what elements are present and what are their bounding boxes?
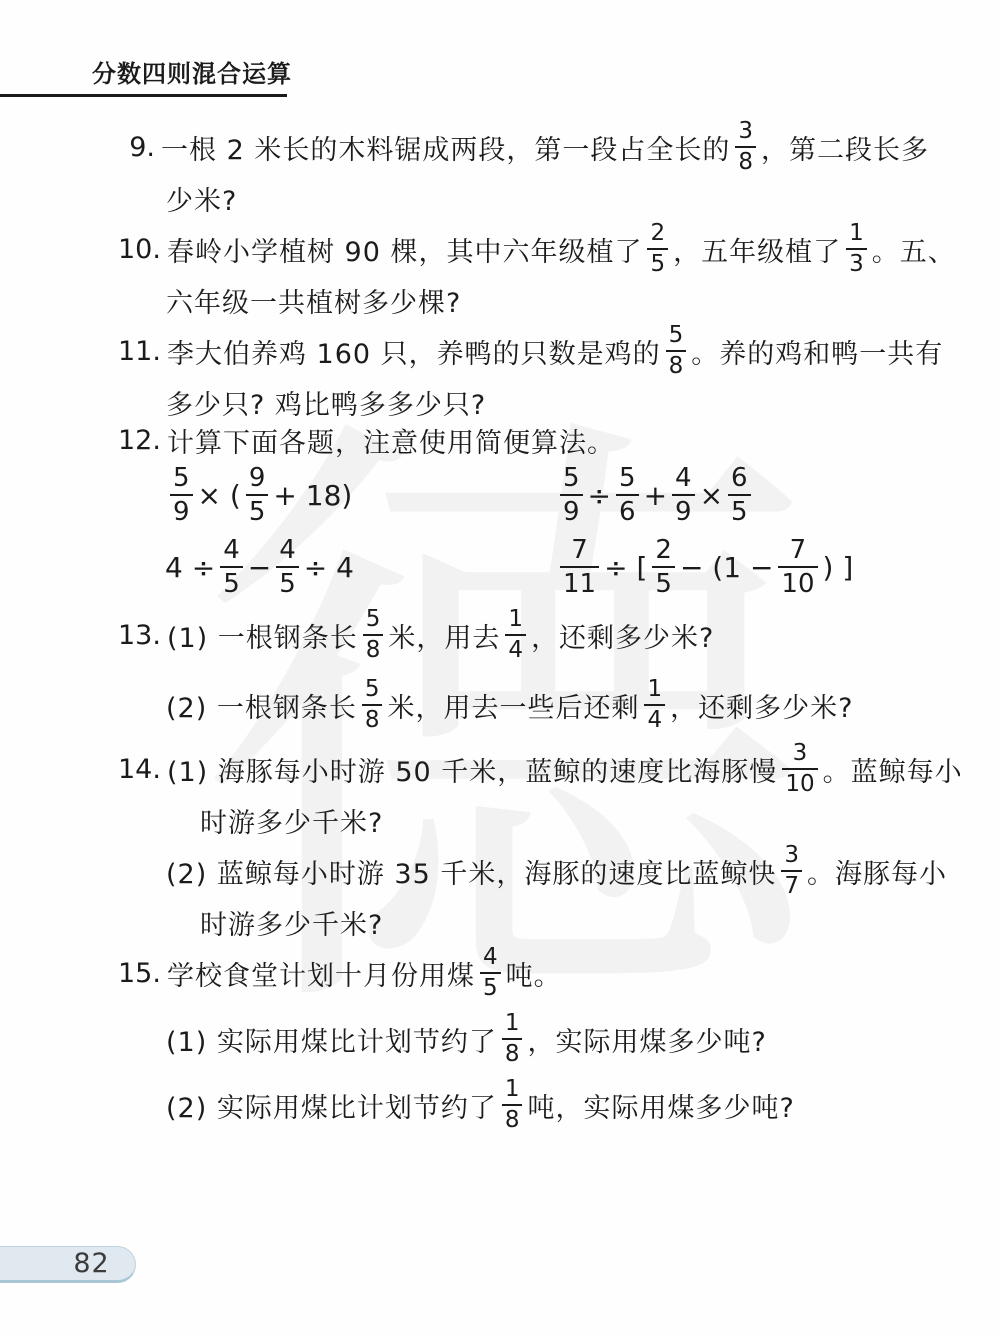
problem-13-number: 13. [118, 620, 161, 651]
fraction-denominator: 8 [363, 636, 384, 662]
text-run: 吨。 [506, 954, 562, 993]
fraction-denominator: 5 [220, 568, 243, 597]
expression-b: 59 ÷ 56 + 49 × 65 [555, 465, 756, 525]
fraction-numerator: 5 [616, 465, 639, 494]
text-run: ÷ [ [604, 551, 647, 584]
problem-15-part-1: (1) 实际用煤比计划节约了18，实际用煤多少吨? [166, 1012, 767, 1066]
fraction: 58 [666, 324, 687, 378]
text-run: ，第二段长多 [761, 128, 929, 167]
fraction-denominator: 10 [778, 568, 817, 597]
page-header: 分数四则混合运算 [0, 0, 1000, 97]
fraction: 25 [647, 222, 668, 276]
fraction-denominator: 5 [276, 568, 299, 597]
fraction: 38 [735, 120, 756, 174]
fraction-numerator: 9 [246, 465, 269, 494]
problem-15: 15. 学校食堂计划十月份用煤45吨。 (1) 实际用煤比计划节约了18，实际用… [0, 941, 1000, 1137]
problem-14-part-2-cont: 时游多少千米? [200, 903, 383, 942]
text-run: ÷ 4 [304, 551, 354, 584]
fraction: 14 [644, 678, 665, 732]
problem-10-line-1: 10. 春岭小学植树 90 棵，其中六年级植了25，五年级植了13。五、 [0, 217, 1000, 281]
fraction-numerator: 1 [502, 1012, 523, 1038]
problem-9-text-1: 一根 2 米长的木料锯成两段，第一段占全长的38，第二段长多 [161, 120, 929, 174]
problem-13: 13. (1) 一根钢条长58米，用去14，还剩多少米? (2) 一根钢条长58… [0, 603, 1000, 737]
problem-12-intro-text: 计算下面各题，注意使用简便算法。 [167, 421, 615, 460]
fraction-denominator: 5 [647, 250, 668, 276]
fraction-numerator: 4 [276, 537, 299, 566]
fraction-numerator: 7 [787, 537, 810, 566]
problem-15-part-2: (2) 实际用煤比计划节约了18吨，实际用煤多少吨? [166, 1078, 795, 1132]
fraction-numerator: 1 [644, 678, 665, 704]
problem-14-part-1: (1) 海豚每小时游 50 千米，蓝鲸的速度比海豚慢310。蓝鲸每小 [167, 742, 963, 796]
problem-14-part-1-cont: 时游多少千米? [200, 801, 383, 840]
problem-11-number: 11. [118, 336, 161, 367]
fraction-numerator: 5 [666, 324, 687, 350]
fraction-numerator: 5 [362, 678, 383, 704]
text-run: 六年级一共植树多少棵? [166, 281, 461, 320]
fraction-numerator: 2 [647, 222, 668, 248]
expression-c: 4 ÷ 45 − 45 ÷ 4 [165, 537, 555, 597]
fraction-denominator: 8 [362, 706, 383, 732]
fraction-denominator: 4 [644, 706, 665, 732]
text-run: ，五年级植了 [673, 230, 841, 269]
problem-15-line-1: 15. 学校食堂计划十月份用煤45吨。 [0, 941, 1000, 1005]
fraction-denominator: 5 [246, 496, 269, 525]
problem-14-line-4: 时游多少千米? [0, 903, 1000, 941]
fraction-denominator: 7 [781, 872, 802, 898]
fraction: 45 [220, 537, 243, 597]
fraction-denominator: 11 [560, 568, 599, 597]
problem-14-line-1: 14. (1) 海豚每小时游 50 千米，蓝鲸的速度比海豚慢310。蓝鲸每小 [0, 737, 1000, 801]
fraction-numerator: 5 [560, 465, 583, 494]
fraction-numerator: 1 [502, 1078, 523, 1104]
fraction: 710 [778, 537, 817, 597]
text-run: 春岭小学植树 90 棵，其中六年级植了 [167, 230, 643, 269]
text-run: ÷ [588, 479, 611, 512]
fraction-denominator: 10 [782, 770, 817, 796]
text-run: (2) 实际用煤比计划节约了 [166, 1086, 497, 1125]
fraction-numerator: 2 [652, 537, 675, 566]
text-run: 。五、 [872, 230, 956, 269]
problem-10-line-2: 六年级一共植树多少棵? [0, 281, 1000, 319]
problems-list: 9. 一根 2 米长的木料锯成两段，第一段占全长的38，第二段长多 少米? 10… [0, 97, 1000, 1137]
problem-10-text-2: 六年级一共植树多少棵? [166, 281, 461, 320]
fraction: 95 [246, 465, 269, 525]
text-run: − [248, 551, 271, 584]
fraction-numerator: 1 [846, 222, 867, 248]
problem-12: 12. 计算下面各题，注意使用简便算法。 59 × (95 + 18) 59 ÷… [0, 421, 1000, 603]
fraction-denominator: 9 [672, 496, 695, 525]
fraction: 13 [846, 222, 867, 276]
fraction-denominator: 6 [616, 496, 639, 525]
page-title: 分数四则混合运算 [0, 54, 287, 97]
text-run: × [700, 479, 723, 512]
text-run: ，还剩多少米? [531, 616, 714, 655]
text-run: 4 ÷ [165, 551, 215, 584]
fraction: 45 [276, 537, 299, 597]
fraction: 49 [672, 465, 695, 525]
fraction: 58 [362, 678, 383, 732]
fraction: 45 [480, 946, 501, 1000]
fraction-denominator: 5 [728, 496, 751, 525]
text-run: 李大伯养鸡 160 只，养鸭的只数是鸡的 [167, 332, 661, 371]
fraction: 18 [502, 1012, 523, 1066]
fraction: 18 [502, 1078, 523, 1132]
fraction-denominator: 8 [735, 148, 756, 174]
text-run: 吨，实际用煤多少吨? [527, 1086, 794, 1125]
text-run: 。海豚每小 [807, 852, 947, 891]
text-run: ) ] [823, 551, 854, 584]
fraction: 59 [560, 465, 583, 525]
text-run: 米，用去 [388, 616, 500, 655]
fraction: 37 [781, 844, 802, 898]
problem-9-line-2: 少米? [0, 179, 1000, 217]
text-run: 时游多少千米? [200, 801, 383, 840]
problem-15-line-3: (2) 实际用煤比计划节约了18吨，实际用煤多少吨? [0, 1073, 1000, 1137]
expression-d: 711 ÷ [ 25 − (1 − 710 ) ] [555, 537, 853, 597]
fraction-numerator: 3 [790, 742, 811, 768]
text-run: (2) 蓝鲸每小时游 35 千米，海豚的速度比蓝鲸快 [166, 852, 776, 891]
problem-11-line-1: 11. 李大伯养鸡 160 只，养鸭的只数是鸡的58。养的鸡和鸭一共有 [0, 319, 1000, 383]
problem-11: 11. 李大伯养鸡 160 只，养鸭的只数是鸡的58。养的鸡和鸭一共有 多少只?… [0, 319, 1000, 421]
problem-15-intro: 学校食堂计划十月份用煤45吨。 [167, 946, 562, 1000]
fraction: 25 [652, 537, 675, 597]
problem-10-number: 10. [118, 234, 161, 265]
page-number: 82 [73, 1248, 109, 1279]
problem-14-line-3: (2) 蓝鲸每小时游 35 千米，海豚的速度比蓝鲸快37。海豚每小 [0, 839, 1000, 903]
fraction: 56 [616, 465, 639, 525]
problem-11-text-1: 李大伯养鸡 160 只，养鸭的只数是鸡的58。养的鸡和鸭一共有 [167, 324, 943, 378]
page-number-tab: 82 [0, 1246, 136, 1283]
text-run: 时游多少千米? [200, 903, 383, 942]
text-run: 。养的鸡和鸭一共有 [691, 332, 943, 371]
problem-13-part-2: (2) 一根钢条长58米，用去一些后还剩14，还剩多少米? [166, 678, 853, 732]
fraction-numerator: 5 [363, 608, 384, 634]
fraction: 310 [782, 742, 817, 796]
fraction-denominator: 9 [170, 496, 193, 525]
problem-9-text-2: 少米? [166, 179, 237, 218]
fraction-numerator: 1 [505, 608, 526, 634]
problem-12-intro: 12. 计算下面各题，注意使用简便算法。 [0, 421, 1000, 459]
text-run: 。蓝鲸每小 [823, 750, 963, 789]
fraction-denominator: 8 [666, 352, 687, 378]
fraction: 14 [505, 608, 526, 662]
problem-14-part-2: (2) 蓝鲸每小时游 35 千米，海豚的速度比蓝鲸快37。海豚每小 [166, 844, 947, 898]
text-run: 学校食堂计划十月份用煤 [167, 954, 475, 993]
problem-13-part-1: (1) 一根钢条长58米，用去14，还剩多少米? [167, 608, 714, 662]
problem-9-line-1: 9. 一根 2 米长的木料锯成两段，第一段占全长的38，第二段长多 [0, 115, 1000, 179]
text-run: (1) 一根钢条长 [167, 616, 358, 655]
text-run: (2) 一根钢条长 [166, 686, 357, 725]
text-run: 少米? [166, 179, 237, 218]
problem-9: 9. 一根 2 米长的木料锯成两段，第一段占全长的38，第二段长多 少米? [0, 115, 1000, 217]
fraction-denominator: 8 [502, 1040, 523, 1066]
problem-12-row-1: 59 × (95 + 18) 59 ÷ 56 + 49 × 65 [0, 459, 1000, 531]
problem-9-number: 9. [118, 132, 155, 163]
problem-11-line-2: 多少只? 鸡比鸭多多少只? [0, 383, 1000, 421]
text-run: (1) 实际用煤比计划节约了 [166, 1020, 497, 1059]
expression-a: 59 × (95 + 18) [165, 465, 555, 525]
text-run: 一根 2 米长的木料锯成两段，第一段占全长的 [161, 128, 730, 167]
text-run: × ( [198, 479, 241, 512]
problem-11-text-2: 多少只? 鸡比鸭多多少只? [166, 383, 486, 422]
problem-14-number: 14. [118, 754, 161, 785]
fraction-numerator: 6 [728, 465, 751, 494]
problem-10: 10. 春岭小学植树 90 棵，其中六年级植了25，五年级植了13。五、 六年级… [0, 217, 1000, 319]
problem-14-line-2: 时游多少千米? [0, 801, 1000, 839]
fraction: 58 [363, 608, 384, 662]
fraction-numerator: 4 [220, 537, 243, 566]
text-run: 计算下面各题，注意使用简便算法。 [167, 421, 615, 460]
fraction-numerator: 3 [781, 844, 802, 870]
text-run: ，还剩多少米? [670, 686, 853, 725]
fraction-numerator: 7 [568, 537, 591, 566]
text-run: 米，用去一些后还剩 [387, 686, 639, 725]
text-run: + [644, 479, 667, 512]
text-run: ，实际用煤多少吨? [527, 1020, 766, 1059]
fraction-numerator: 5 [170, 465, 193, 494]
fraction-numerator: 4 [480, 946, 501, 972]
fraction: 59 [170, 465, 193, 525]
fraction-denominator: 8 [502, 1106, 523, 1132]
problem-10-text-1: 春岭小学植树 90 棵，其中六年级植了25，五年级植了13。五、 [167, 222, 956, 276]
text-run: + 18) [273, 479, 352, 512]
problem-14: 14. (1) 海豚每小时游 50 千米，蓝鲸的速度比海豚慢310。蓝鲸每小 时… [0, 737, 1000, 941]
problem-12-number: 12. [118, 425, 161, 456]
problem-13-line-1: 13. (1) 一根钢条长58米，用去14，还剩多少米? [0, 603, 1000, 667]
fraction-numerator: 4 [672, 465, 695, 494]
problem-13-line-2: (2) 一根钢条长58米，用去一些后还剩14，还剩多少米? [0, 673, 1000, 737]
text-run: − (1 − [680, 551, 773, 584]
text-run: 多少只? 鸡比鸭多多少只? [166, 383, 486, 422]
fraction-denominator: 3 [846, 250, 867, 276]
problem-15-line-2: (1) 实际用煤比计划节约了18，实际用煤多少吨? [0, 1007, 1000, 1071]
textbook-page: 德 分数四则混合运算 9. 一根 2 米长的木料锯成两段，第一段占全长的38，第… [0, 0, 1000, 1336]
text-run: (1) 海豚每小时游 50 千米，蓝鲸的速度比海豚慢 [167, 750, 777, 789]
fraction-numerator: 3 [735, 120, 756, 146]
fraction-denominator: 5 [480, 974, 501, 1000]
fraction: 65 [728, 465, 751, 525]
problem-15-number: 15. [118, 958, 161, 989]
problem-12-row-2: 4 ÷ 45 − 45 ÷ 4 711 ÷ [ 25 − (1 − 710 ) … [0, 531, 1000, 603]
fraction-denominator: 9 [560, 496, 583, 525]
fraction: 711 [560, 537, 599, 597]
fraction-denominator: 4 [505, 636, 526, 662]
fraction-denominator: 5 [652, 568, 675, 597]
